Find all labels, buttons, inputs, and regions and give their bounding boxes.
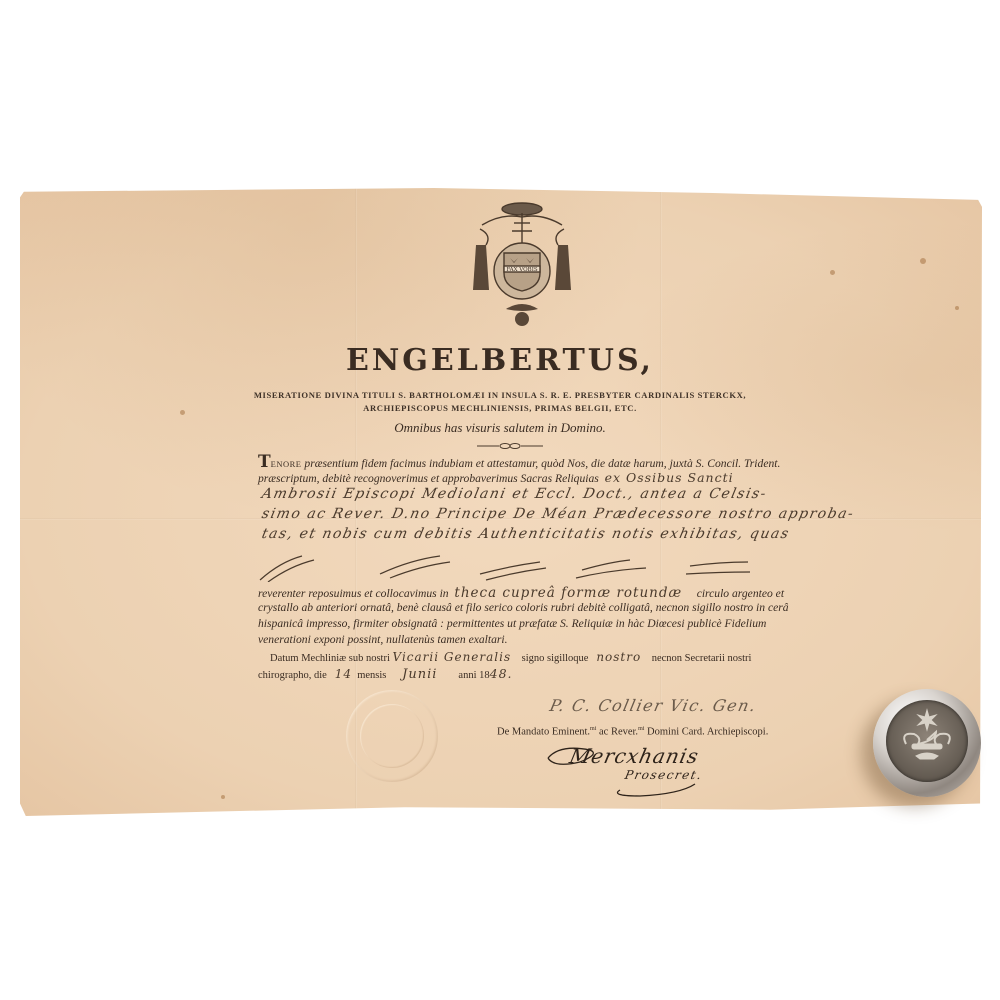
- mandate-line: De Mandato Eminent.mi ac Rever.mi Domini…: [497, 726, 768, 738]
- handwritten-entry: Vicarii Generalis: [393, 650, 512, 664]
- body-line-6: venerationi exponi possint, nullatenùs t…: [258, 633, 508, 646]
- reliquary-window: [886, 700, 968, 782]
- reliquary-theca: [873, 689, 981, 797]
- handwritten-year: 48.: [490, 666, 513, 681]
- body-line-4: crystallo ab anteriori ornatâ, benè clau…: [258, 601, 789, 614]
- handwritten-entry: nostro: [596, 650, 641, 664]
- document-title: ENGELBERTUS,: [0, 343, 1000, 378]
- foxing-spot: [830, 270, 835, 275]
- foxing-spot: [221, 795, 225, 799]
- vicar-general-signature: P. C. Collier Vic. Gen.: [548, 696, 759, 715]
- handwritten-day: 14: [335, 667, 352, 681]
- svg-text:FAX VOBIS: FAX VOBIS: [506, 267, 538, 273]
- handwritten-entry: ex Ossibus Sancti: [605, 470, 734, 485]
- relic-label-ornament-icon: [886, 700, 968, 782]
- greeting: Omnibus has visuris salutem in Domino.: [0, 420, 1000, 436]
- handwritten-line-2: simo ac Rever. D.no Principe De Méan Præ…: [260, 506, 856, 522]
- body-line-reverenter: reverenter reposuimus et collocavimus in…: [258, 585, 784, 601]
- pen-flourish-strokes: [250, 548, 770, 582]
- cardinal-coat-of-arms-icon: FAX VOBIS: [462, 195, 582, 335]
- body-line-1: TENORE præsentium fidem facimus indubiam…: [258, 452, 780, 472]
- subtitle-line-2: Archiepiscopus Mechliniensis, Primas Bel…: [0, 403, 1000, 413]
- handwritten-month: Junii: [402, 667, 437, 682]
- signature-flourish: [540, 740, 720, 800]
- handwritten-line-1: Ambrosii Episcopi Mediolani et Eccl. Doc…: [260, 486, 768, 502]
- body-line-2: præscriptum, debitè recognoverimus et ap…: [258, 470, 734, 485]
- foxing-spot: [955, 306, 959, 310]
- handwritten-line-3: tas, et nobis cum debitis Authenticitati…: [260, 526, 791, 542]
- embossed-seal: [346, 690, 438, 782]
- ornament-divider-icon: [475, 442, 545, 450]
- handwritten-entry: theca cupreâ formæ rotundæ: [454, 585, 682, 601]
- subtitle-line-1: Miseratione divina tituli S. Bartholomæi…: [0, 390, 1000, 400]
- drop-cap: T: [258, 452, 271, 472]
- datum-line: Datum Mechliniæ sub nostri Vicarii Gener…: [270, 650, 751, 664]
- date-line: chirographo, die 14 mensis Junii anni 18…: [258, 666, 513, 682]
- body-line-5: hispanicâ impresso, firmiter obsignatâ :…: [258, 617, 766, 630]
- fold-crease: [660, 188, 662, 816]
- foxing-spot: [920, 258, 926, 264]
